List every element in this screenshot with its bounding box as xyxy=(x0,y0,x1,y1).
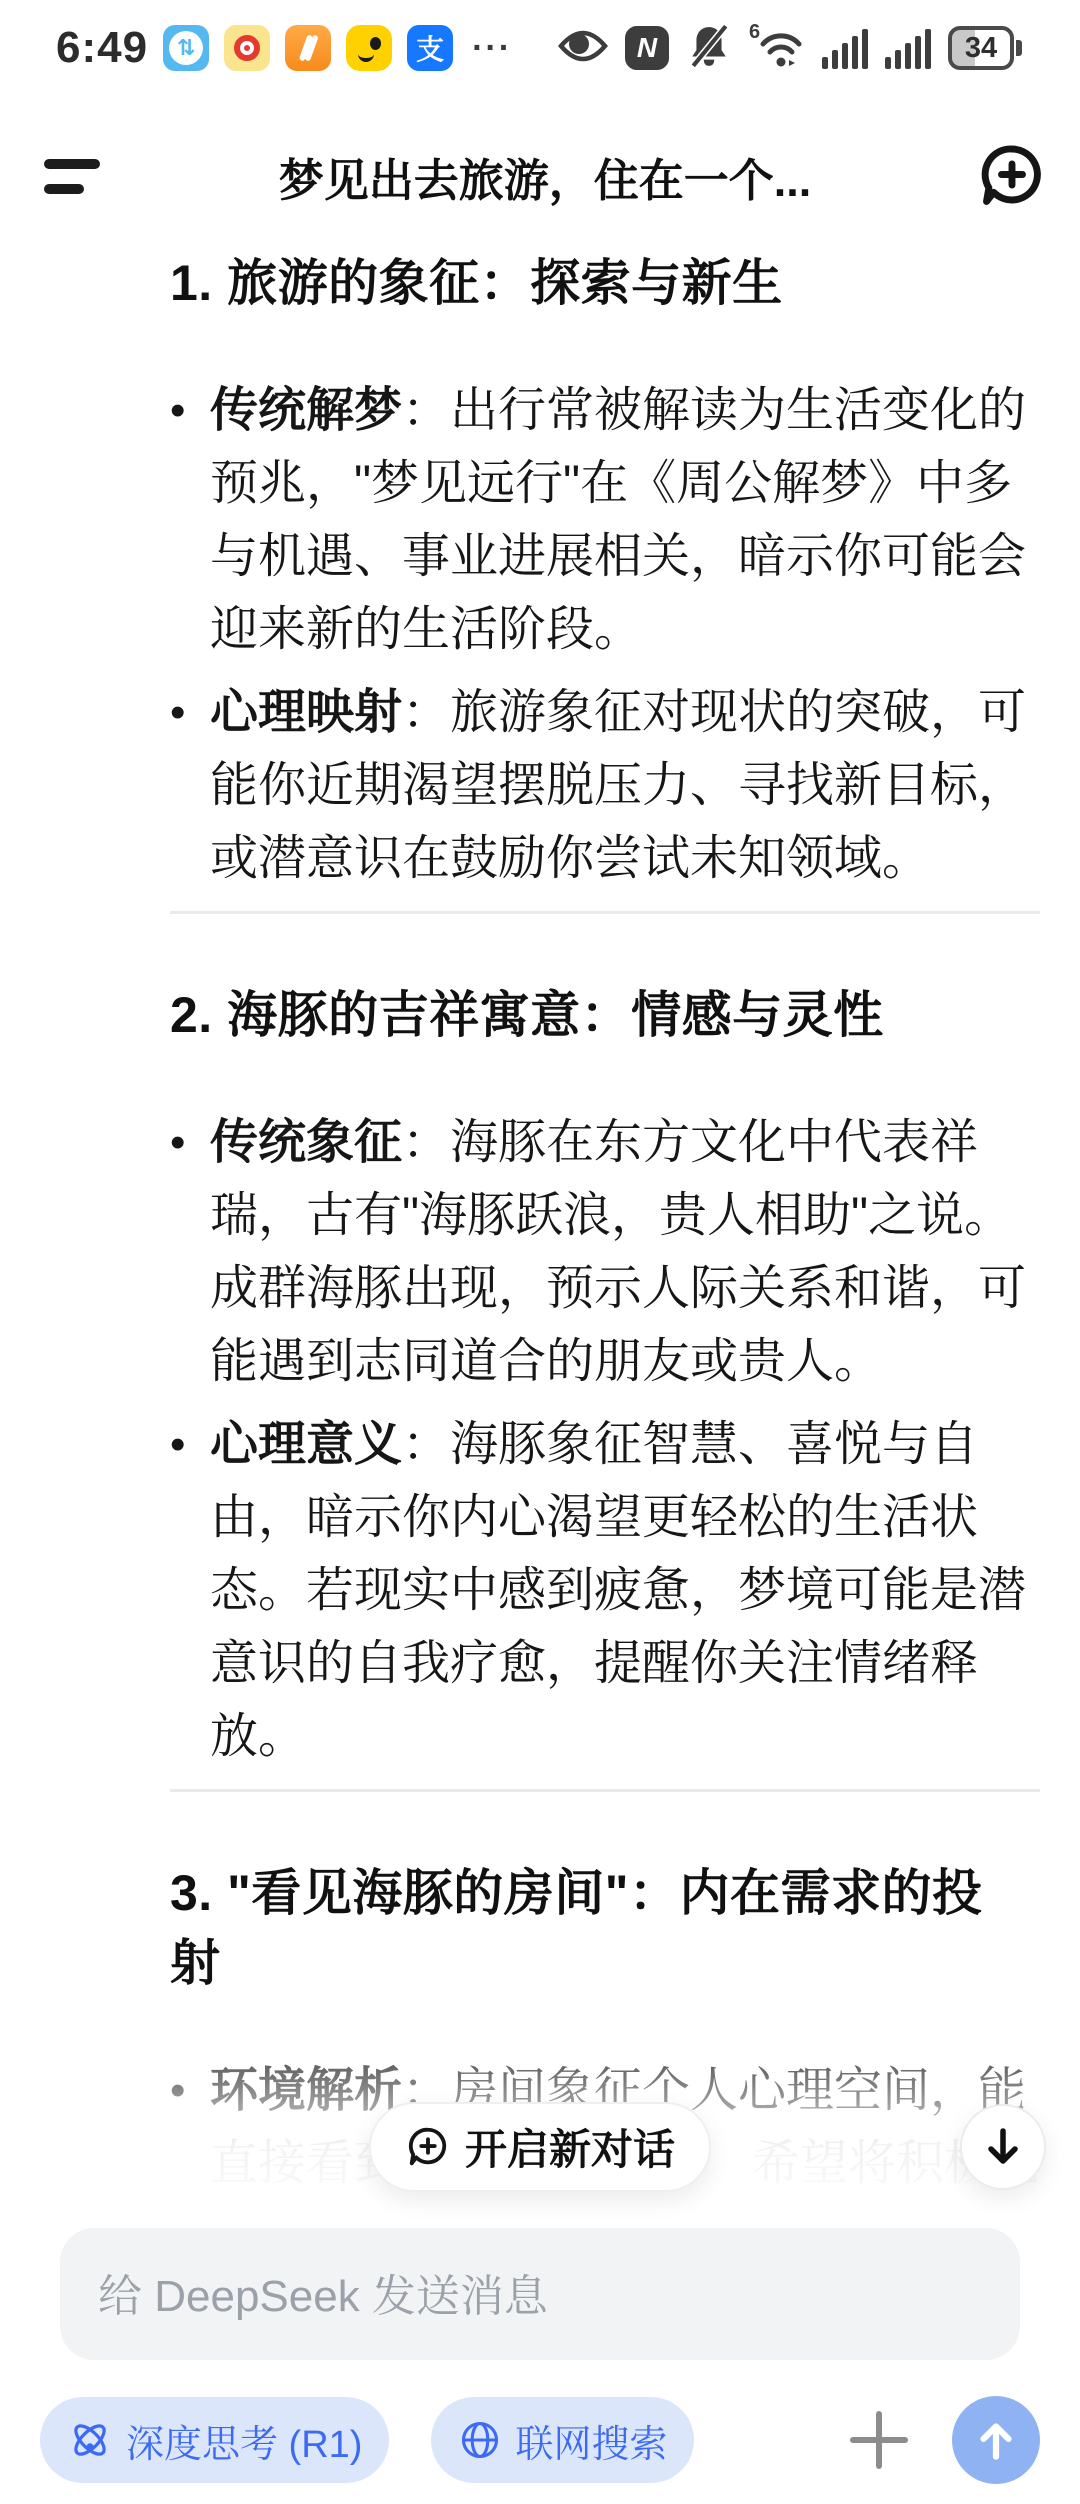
battery-percent: 34 xyxy=(948,26,1014,70)
nfc-icon: N xyxy=(625,26,669,70)
list-item: 心理映射：旅游象征对现状的突破，可能你近期渴望摆脱压力、寻找新目标，或潜意识在鼓… xyxy=(170,676,1040,895)
web-search-label: 联网搜索 xyxy=(515,2413,667,2468)
section-1-list: 传统解梦：出行常被解读为生活变化的预兆，"梦见远行"在《周公解梦》中多与机遇、事… xyxy=(170,374,1040,895)
notification-transfer-app-icon: ⇅ xyxy=(163,25,209,71)
deep-think-button[interactable]: 深度思考 (R1) xyxy=(40,2397,389,2483)
battery-icon: 34 xyxy=(948,26,1022,70)
app-header: 梦见出去旅游，住在一个... xyxy=(0,108,1080,244)
list-item: 传统象征：海豚在东方文化中代表祥瑞，古有"海豚跃浪，贵人相助"之说。成群海豚出现… xyxy=(170,1106,1040,1398)
atom-icon xyxy=(67,2417,113,2463)
notification-orange-app-icon xyxy=(285,25,331,71)
eye-comfort-icon xyxy=(558,27,608,70)
list-item: 传统解梦：出行常被解读为生活变化的预兆，"梦见远行"在《周公解梦》中多与机遇、事… xyxy=(170,374,1040,666)
svg-text:6: 6 xyxy=(749,22,760,43)
attach-plus-icon[interactable] xyxy=(850,2411,908,2469)
composer: 深度思考 (R1) 联网搜索 xyxy=(0,2200,1080,2504)
bullet-label: 环境解析 xyxy=(210,2064,402,2117)
new-chat-icon[interactable] xyxy=(974,138,1050,214)
section-2-list: 传统象征：海豚在东方文化中代表祥瑞，古有"海豚跃浪，贵人相助"之说。成群海豚出现… xyxy=(170,1106,1040,1773)
notification-meituan-icon xyxy=(346,25,392,71)
page-title: 梦见出去旅游，住在一个... xyxy=(116,144,974,209)
composer-toolbar: 深度思考 (R1) 联网搜索 xyxy=(40,2396,1040,2484)
bullet-label: 心理映射 xyxy=(210,686,402,739)
section-heading-2: 2. 海豚的吉祥寓意：情感与灵性 xyxy=(170,980,1040,1050)
bullet-label: 传统象征 xyxy=(210,1116,402,1169)
section-heading-3: 3. "看见海豚的房间"：内在需求的投射 xyxy=(170,1858,1040,1998)
arrow-up-icon xyxy=(971,2415,1021,2465)
globe-icon xyxy=(458,2418,502,2462)
mute-icon xyxy=(686,23,732,74)
chat-answer: 1. 旅游的象征：探索与新生 传统解梦：出行常被解读为生活变化的预兆，"梦见远行… xyxy=(0,248,1080,2210)
divider xyxy=(170,911,1040,914)
signal-strength-icon-2 xyxy=(885,27,931,69)
new-conversation-label: 开启新对话 xyxy=(465,2117,675,2177)
menu-icon[interactable] xyxy=(44,140,116,212)
wifi6-icon: 6 xyxy=(749,22,805,75)
signal-strength-icon xyxy=(822,27,868,69)
status-bar-left: 6:49 ⇅ 支 ··· xyxy=(56,23,512,73)
section-heading-1: 1. 旅游的象征：探索与新生 xyxy=(170,248,1040,318)
arrow-down-icon xyxy=(979,2123,1027,2171)
list-item: 心理意义：海豚象征智慧、喜悦与自由，暗示你内心渴望更轻松的生活状态。若现实中感到… xyxy=(170,1408,1040,1773)
status-bar: 6:49 ⇅ 支 ··· N 6 xyxy=(0,0,1080,92)
bubble-plus-icon xyxy=(405,2124,451,2170)
bullet-label: 心理意义 xyxy=(210,1418,402,1471)
notification-weibo-icon xyxy=(224,25,270,71)
divider xyxy=(170,1789,1040,1792)
web-search-button[interactable]: 联网搜索 xyxy=(431,2397,694,2483)
status-bar-right: N 6 34 xyxy=(558,22,1022,75)
message-input-container[interactable] xyxy=(60,2228,1020,2360)
deep-think-label: 深度思考 (R1) xyxy=(126,2413,362,2468)
deepseek-app-screen: 6:49 ⇅ 支 ··· N 6 xyxy=(0,0,1080,2504)
clock: 6:49 xyxy=(56,23,148,73)
notification-alipay-icon: 支 xyxy=(407,25,453,71)
message-input[interactable] xyxy=(60,2228,1020,2360)
send-button[interactable] xyxy=(952,2396,1040,2484)
new-conversation-button[interactable]: 开启新对话 xyxy=(369,2102,711,2192)
more-notifications-icon: ··· xyxy=(472,29,512,68)
scroll-to-bottom-button[interactable] xyxy=(960,2104,1046,2190)
bullet-label: 传统解梦 xyxy=(210,384,402,437)
